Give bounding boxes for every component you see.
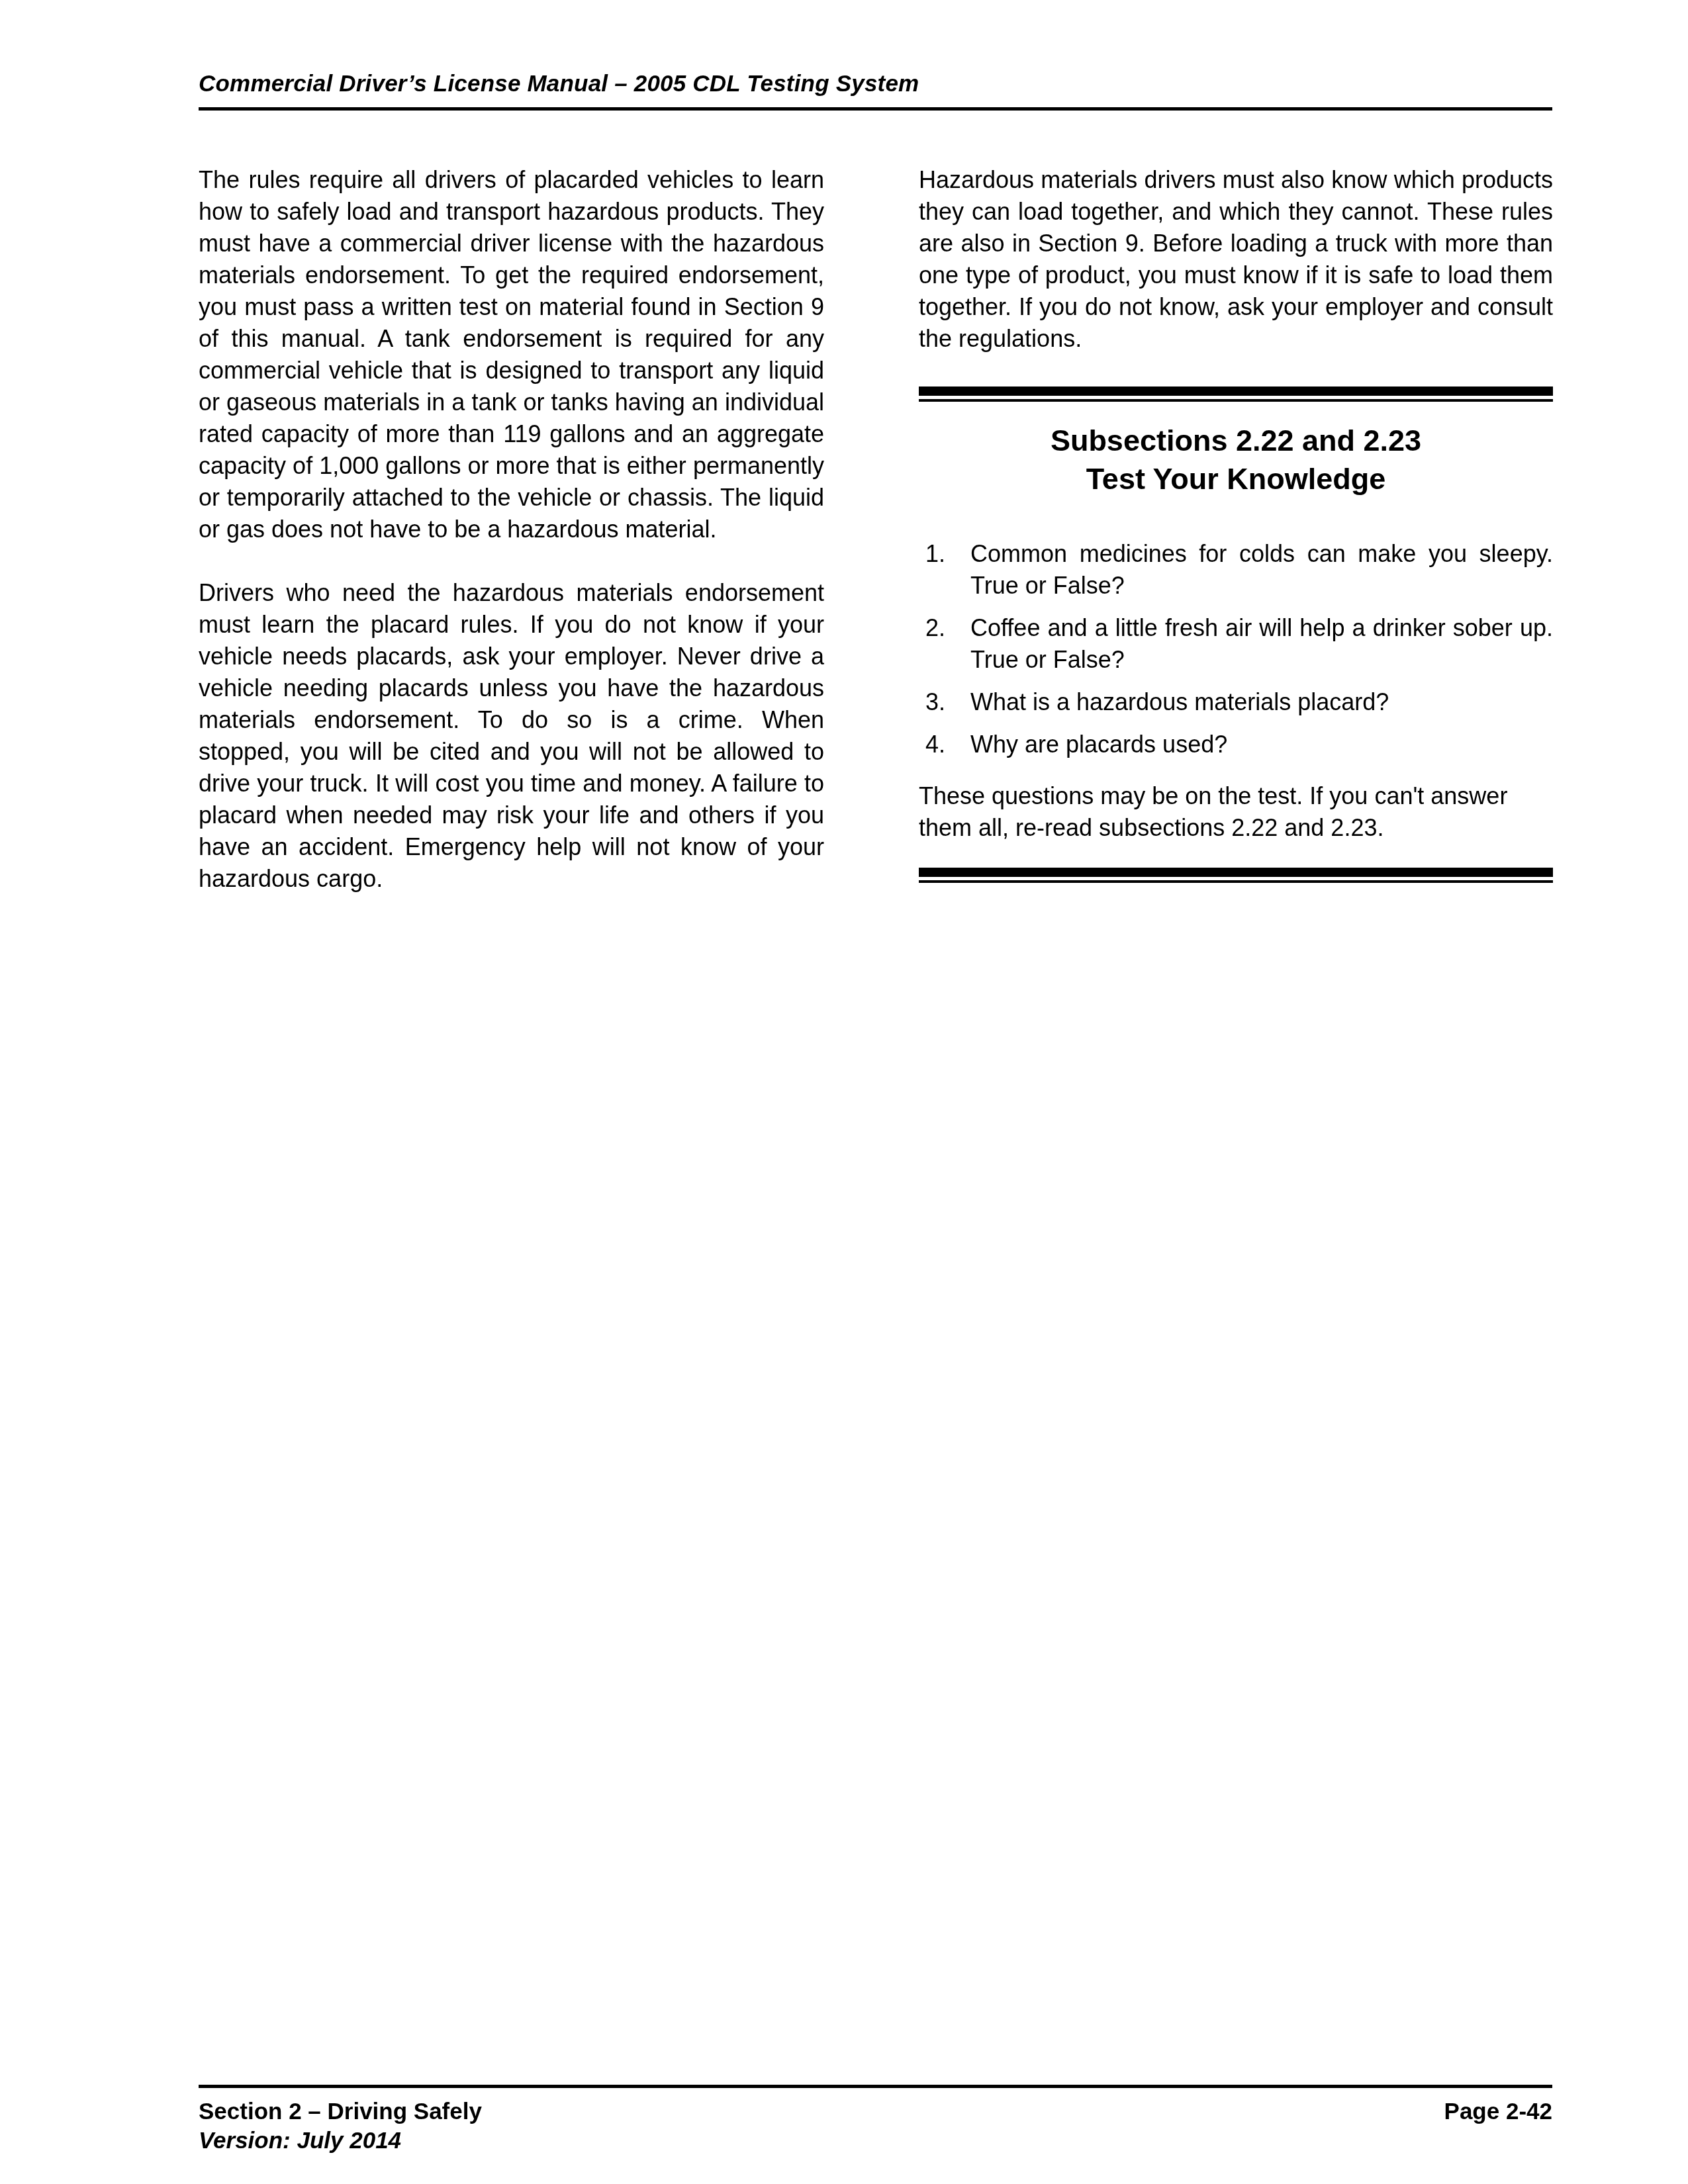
test-your-knowledge-box: Subsections 2.22 and 2.23 Test Your Know… (919, 387, 1553, 883)
paragraph-drivers-endorsement: Drivers who need the hazardous materials… (199, 577, 824, 895)
question-text: Common medicines for colds can make you … (970, 538, 1553, 602)
question-number: 1. (919, 538, 970, 602)
footer-page-number: Page 2-42 (1444, 2097, 1552, 2126)
box-heading-subsections: Subsections 2.22 and 2.23 (1051, 424, 1421, 457)
header-divider-line (199, 107, 1552, 111)
question-item-2: 2. Coffee and a little fresh air will he… (919, 612, 1553, 676)
question-item-4: 4. Why are placards used? (919, 729, 1553, 760)
right-column: Hazardous materials drivers must also kn… (919, 164, 1553, 883)
question-item-3: 3. What is a hazardous materials placard… (919, 686, 1553, 718)
document-page: Commercial Driver’s License Manual – 200… (0, 0, 1688, 2184)
paragraph-placard-rules: The rules require all drivers of placard… (199, 164, 824, 545)
question-text: Why are placards used? (970, 729, 1553, 760)
page-header: Commercial Driver’s License Manual – 200… (199, 70, 1552, 111)
question-number: 4. (919, 729, 970, 760)
question-text: Coffee and a little fresh air will help … (970, 612, 1553, 676)
divider-line-thick (919, 868, 1553, 877)
question-list: 1. Common medicines for colds can make y… (919, 538, 1553, 760)
paragraph-load-together: Hazardous materials drivers must also kn… (919, 164, 1553, 355)
footer-section-label: Section 2 – Driving Safely (199, 2097, 482, 2126)
left-column: The rules require all drivers of placard… (199, 164, 824, 927)
page-footer: Section 2 – Driving Safely Page 2-42 Ver… (199, 2085, 1552, 2156)
footer-row: Section 2 – Driving Safely Page 2-42 (199, 2097, 1552, 2126)
box-heading-test-your-knowledge: Test Your Knowledge (1086, 462, 1386, 496)
box-bottom-border (919, 868, 1553, 883)
question-number: 3. (919, 686, 970, 718)
question-number: 2. (919, 612, 970, 676)
box-heading: Subsections 2.22 and 2.23 Test Your Know… (919, 422, 1553, 498)
footer-version-label: Version: July 2014 (199, 2126, 1552, 2156)
box-top-border (919, 387, 1553, 402)
header-title: Commercial Driver’s License Manual – 200… (199, 70, 1552, 98)
question-text: What is a hazardous materials placard? (970, 686, 1553, 718)
question-item-1: 1. Common medicines for colds can make y… (919, 538, 1553, 602)
box-note: These questions may be on the test. If y… (919, 780, 1553, 844)
divider-line-thick (919, 387, 1553, 396)
box-content: Subsections 2.22 and 2.23 Test Your Know… (919, 402, 1553, 868)
divider-line-thin (919, 880, 1553, 883)
footer-divider-line (199, 2085, 1552, 2088)
